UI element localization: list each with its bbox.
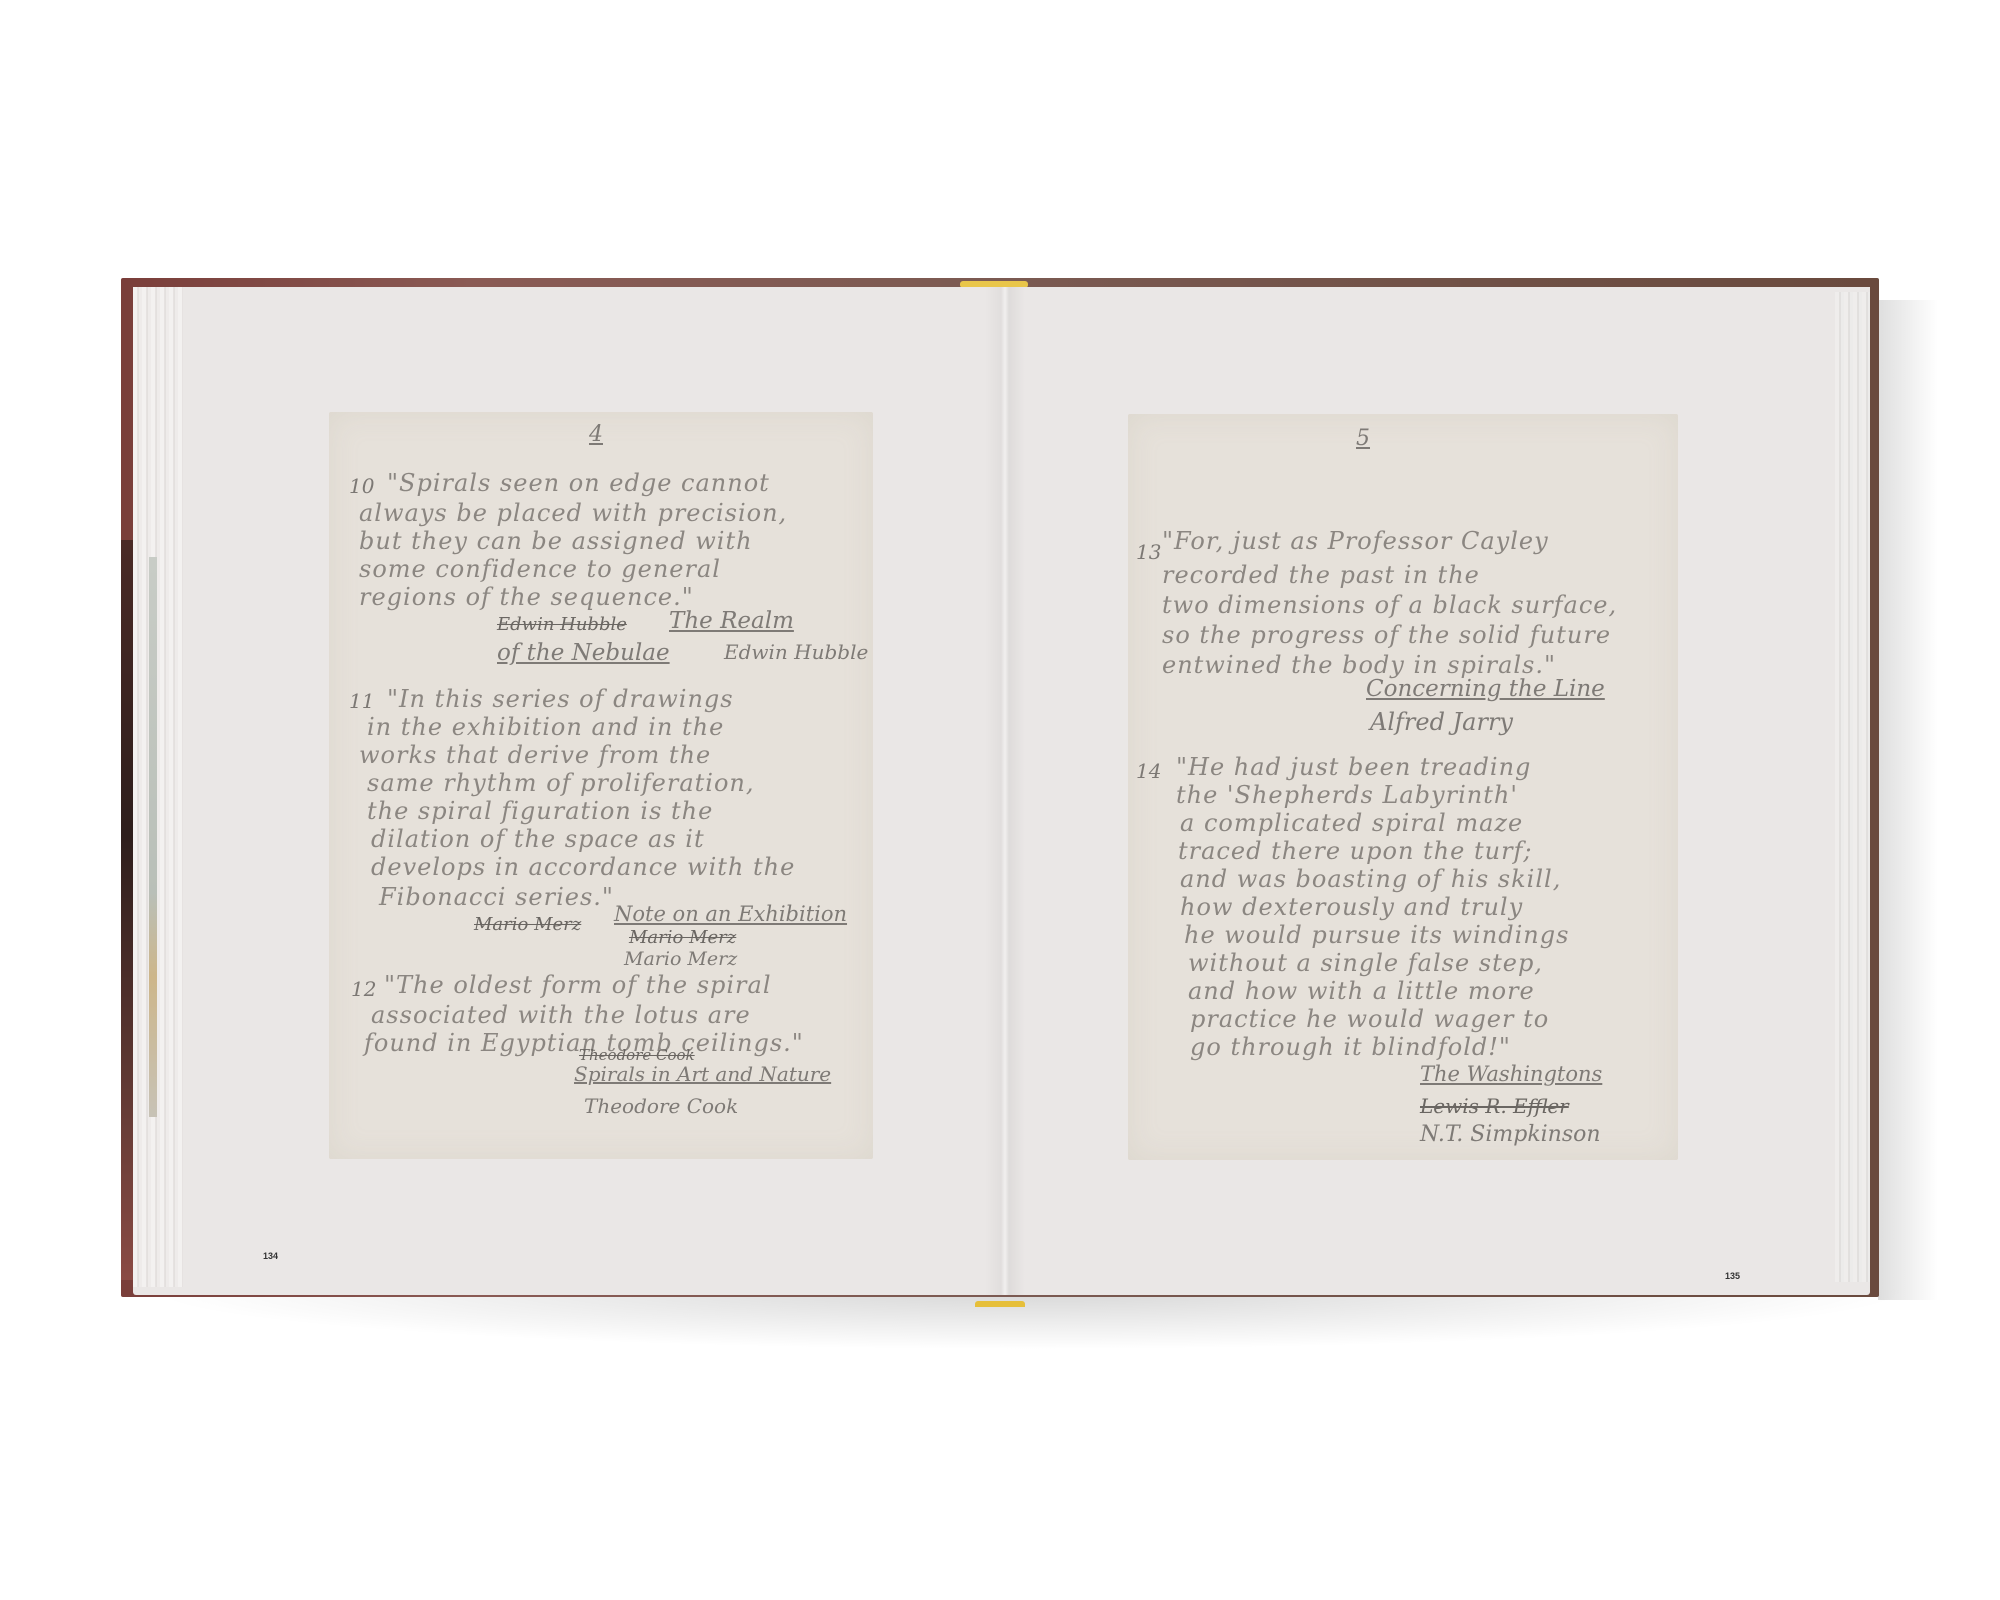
citation-author: N.T. Simpkinson xyxy=(1420,1122,1601,1147)
book-shadow-right xyxy=(1878,300,1938,1300)
citation-author: Edwin Hubble xyxy=(724,640,868,664)
entry-number: 11 xyxy=(349,689,374,713)
entry-line: develops in accordance with the xyxy=(371,852,795,882)
citation-author: Mario Merz xyxy=(624,948,737,970)
struck-citation: Mario Merz xyxy=(474,914,581,935)
entry-line: works that derive from the xyxy=(359,740,711,770)
entry-line: "He had just been treading xyxy=(1176,752,1531,782)
entry-line: practice he would wager to xyxy=(1190,1004,1549,1034)
entry-number: 10 xyxy=(349,474,374,498)
entry-line: but they can be assigned with xyxy=(359,526,753,556)
entry-line: "For, just as Professor Cayley xyxy=(1162,526,1549,556)
entry-line: two dimensions of a black surface, xyxy=(1162,590,1617,620)
citation-title: of the Nebulae xyxy=(497,640,670,666)
entry-line: traced there upon the turf; xyxy=(1178,836,1533,866)
entry-line: some confidence to general xyxy=(359,554,721,584)
struck-citation: Mario Merz xyxy=(629,927,736,948)
manuscript-sheet-left: 4 10 "Spirals seen on edge cannot always… xyxy=(329,412,873,1159)
entry-line: so the progress of the solid future xyxy=(1162,620,1611,650)
citation-title: Spirals in Art and Nature xyxy=(574,1062,831,1086)
entry-line: the spiral figuration is the xyxy=(367,796,713,826)
entry-line: associated with the lotus are xyxy=(371,1000,751,1030)
entry-line: same rhythm of proliferation, xyxy=(367,768,755,798)
citation-author: Alfred Jarry xyxy=(1370,708,1513,736)
entry-line: always be placed with precision, xyxy=(359,498,787,528)
book-shadow xyxy=(140,1290,1920,1350)
entry-number: 12 xyxy=(351,977,376,1001)
sheet-number: 4 xyxy=(589,422,603,447)
citation-title: The Washingtons xyxy=(1420,1062,1602,1086)
entry-line: regions of the sequence." xyxy=(359,582,694,612)
entry-line: "In this series of drawings xyxy=(387,684,734,714)
entry-line: he would pursue its windings xyxy=(1184,920,1569,950)
entry-line: Fibonacci series." xyxy=(379,882,614,912)
citation-author: Theodore Cook xyxy=(584,1094,738,1118)
entry-number: 13 xyxy=(1136,540,1161,564)
struck-citation: Edwin Hubble xyxy=(497,614,627,635)
gutter xyxy=(985,287,1025,1295)
entry-line: in the exhibition and in the xyxy=(367,712,724,742)
entry-line: and how with a little more xyxy=(1188,976,1535,1006)
entry-line: recorded the past in the xyxy=(1162,560,1480,590)
page-edge-tint xyxy=(149,557,157,1117)
right-page-number: 135 xyxy=(1725,1271,1740,1281)
left-page-number: 134 xyxy=(263,1251,278,1261)
entry-number: 14 xyxy=(1136,759,1161,783)
entry-line: how dexterously and truly xyxy=(1180,892,1523,922)
entry-line: without a single false step, xyxy=(1188,948,1543,978)
entry-line: a complicated spiral maze xyxy=(1180,808,1523,838)
headband-bottom xyxy=(975,1301,1025,1307)
sheet-number: 5 xyxy=(1356,426,1370,451)
citation-title: Concerning the Line xyxy=(1366,676,1605,702)
entry-line: dilation of the space as it xyxy=(371,824,705,854)
right-page-edges xyxy=(1835,292,1870,1282)
entry-line: "The oldest form of the spiral xyxy=(384,970,772,1000)
entry-line: the 'Shepherds Labyrinth' xyxy=(1176,780,1518,810)
manuscript-sheet-right: 5 13 "For, just as Professor Cayley reco… xyxy=(1128,414,1678,1160)
entry-line: go through it blindfold!" xyxy=(1190,1032,1511,1062)
left-page-edges xyxy=(133,287,183,1287)
entry-line: "Spirals seen on edge cannot xyxy=(387,468,770,498)
citation-title: Note on an Exhibition xyxy=(614,902,847,926)
citation-title: The Realm xyxy=(669,608,794,634)
entry-line: and was boasting of his skill, xyxy=(1180,864,1561,894)
struck-citation: Lewis R. Effler xyxy=(1420,1094,1569,1118)
